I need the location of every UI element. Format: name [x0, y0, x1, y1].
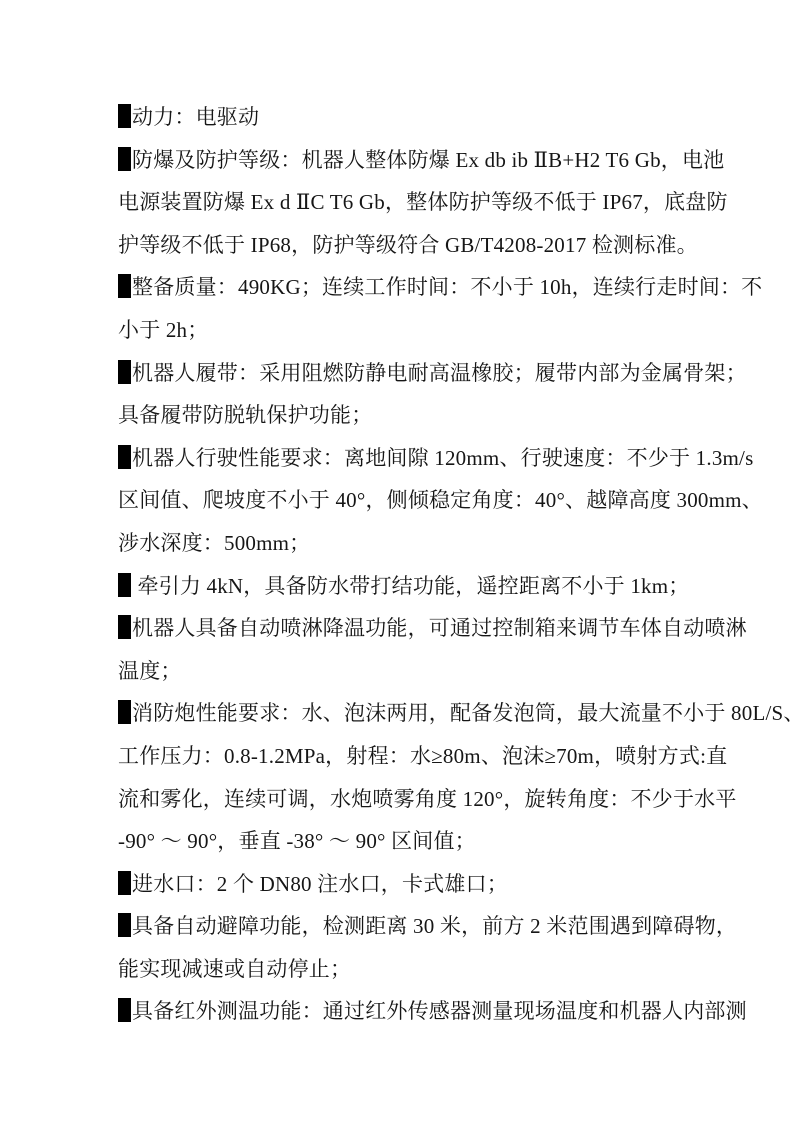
spec-item-line: 进水口：2 个 DN80 注水口，卡式雄口；	[118, 863, 794, 906]
line-text: -90° ～ 90°，垂直 -38° ～ 90° 区间值；	[118, 829, 476, 853]
spec-item-line: 动力：电驱动	[118, 96, 794, 139]
spec-item-line: 具备自动避障功能，检测距离 30 米，前方 2 米范围遇到障碍物，	[118, 905, 794, 948]
document-page: 动力：电驱动防爆及防护等级：机器人整体防爆 Ex db ib ⅡB+H2 T6 …	[0, 0, 794, 1123]
text-line: 流和雾化，连续可调，水炮喷雾角度 120°，旋转角度：不少于水平	[118, 778, 794, 821]
bullet-square-icon	[118, 360, 131, 384]
line-text: 电源装置防爆 Ex d ⅡC T6 Gb，整体防护等级不低于 IP67，底盘防	[118, 190, 728, 214]
spec-item-line: 防爆及防护等级：机器人整体防爆 Ex db ib ⅡB+H2 T6 Gb，电池	[118, 139, 794, 182]
line-text: 能实现减速或自动停止；	[118, 957, 351, 981]
line-text: 温度；	[118, 659, 182, 683]
document-content: 动力：电驱动防爆及防护等级：机器人整体防爆 Ex db ib ⅡB+H2 T6 …	[0, 0, 794, 1033]
bullet-square-icon	[118, 998, 131, 1022]
bullet-square-icon	[118, 147, 131, 171]
line-text: 具备履带防脱轨保护功能；	[118, 403, 372, 427]
line-text: 小于 2h；	[118, 318, 208, 342]
line-text: 整备质量：490KG；连续工作时间：不小于 10h，连续行走时间：不	[132, 275, 762, 299]
text-line: -90° ～ 90°，垂直 -38° ～ 90° 区间值；	[118, 820, 794, 863]
bullet-square-icon	[118, 104, 131, 128]
line-text: 工作压力：0.8-1.2MPa，射程：水≥80m、泡沫≥70m，喷射方式:直	[118, 744, 727, 768]
bullet-square-icon	[118, 274, 131, 298]
line-text: 机器人行驶性能要求：离地间隙 120mm、行驶速度：不少于 1.3m/s	[132, 446, 753, 470]
line-text: 机器人履带：采用阻燃防静电耐高温橡胶；履带内部为金属骨架；	[132, 361, 747, 385]
text-line: 温度；	[118, 650, 794, 693]
text-line: 工作压力：0.8-1.2MPa，射程：水≥80m、泡沫≥70m，喷射方式:直	[118, 735, 794, 778]
spec-item-line: 整备质量：490KG；连续工作时间：不小于 10h，连续行走时间：不	[118, 266, 794, 309]
line-text: 动力：电驱动	[132, 105, 259, 129]
bullet-square-icon	[118, 445, 131, 469]
line-text: 具备红外测温功能：通过红外传感器测量现场温度和机器人内部测	[132, 999, 747, 1023]
spec-item-line: 牵引力 4kN，具备防水带打结功能，遥控距离不小于 1km；	[118, 565, 794, 608]
line-text: 区间值、爬坡度不小于 40°，侧倾稳定角度：40°、越障高度 300mm、	[118, 488, 763, 512]
line-text: 流和雾化，连续可调，水炮喷雾角度 120°，旋转角度：不少于水平	[118, 787, 737, 811]
bullet-square-icon	[118, 573, 131, 597]
spec-item-line: 消防炮性能要求：水、泡沫两用，配备发泡筒，最大流量不小于 80L/S、	[118, 692, 794, 735]
line-text: 防爆及防护等级：机器人整体防爆 Ex db ib ⅡB+H2 T6 Gb，电池	[132, 148, 724, 172]
line-text: 消防炮性能要求：水、泡沫两用，配备发泡筒，最大流量不小于 80L/S、	[132, 701, 794, 725]
text-line: 具备履带防脱轨保护功能；	[118, 394, 794, 437]
spec-item-line: 机器人具备自动喷淋降温功能，可通过控制箱来调节车体自动喷淋	[118, 607, 794, 650]
text-line: 区间值、爬坡度不小于 40°，侧倾稳定角度：40°、越障高度 300mm、	[118, 479, 794, 522]
spec-item-line: 机器人行驶性能要求：离地间隙 120mm、行驶速度：不少于 1.3m/s	[118, 437, 794, 480]
text-line: 护等级不低于 IP68，防护等级符合 GB/T4208-2017 检测标准。	[118, 224, 794, 267]
text-line: 涉水深度：500mm；	[118, 522, 794, 565]
bullet-square-icon	[118, 913, 131, 937]
line-text: 牵引力 4kN，具备防水带打结功能，遥控距离不小于 1km；	[132, 574, 689, 598]
line-text: 机器人具备自动喷淋降温功能，可通过控制箱来调节车体自动喷淋	[132, 616, 747, 640]
bullet-square-icon	[118, 871, 131, 895]
line-text: 涉水深度：500mm；	[118, 531, 310, 555]
text-line: 电源装置防爆 Ex d ⅡC T6 Gb，整体防护等级不低于 IP67，底盘防	[118, 181, 794, 224]
text-line: 能实现减速或自动停止；	[118, 948, 794, 991]
line-text: 护等级不低于 IP68，防护等级符合 GB/T4208-2017 检测标准。	[118, 233, 698, 257]
spec-item-line: 机器人履带：采用阻燃防静电耐高温橡胶；履带内部为金属骨架；	[118, 352, 794, 395]
bullet-square-icon	[118, 700, 131, 724]
bullet-square-icon	[118, 615, 131, 639]
line-text: 具备自动避障功能，检测距离 30 米，前方 2 米范围遇到障碍物，	[132, 914, 737, 938]
text-line: 小于 2h；	[118, 309, 794, 352]
line-text: 进水口：2 个 DN80 注水口，卡式雄口；	[132, 872, 508, 896]
spec-item-line: 具备红外测温功能：通过红外传感器测量现场温度和机器人内部测	[118, 990, 794, 1033]
